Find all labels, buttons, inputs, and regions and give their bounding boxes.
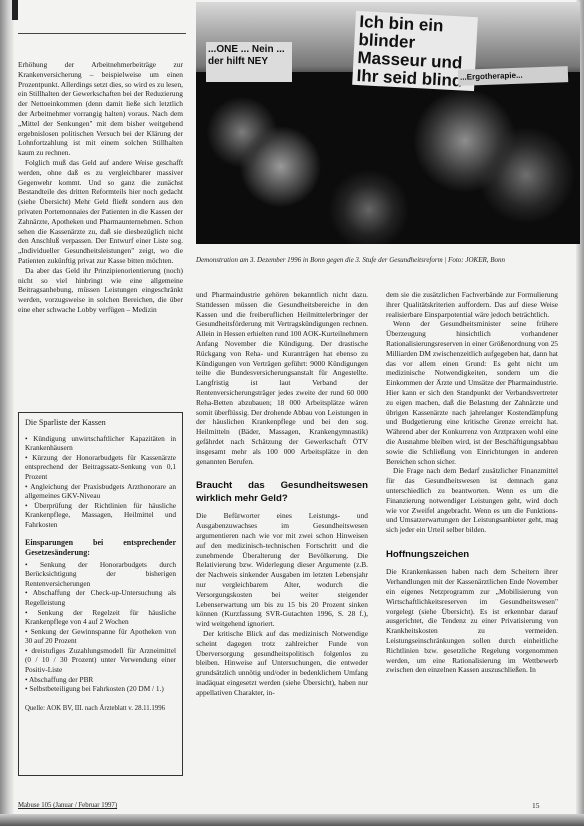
- box-title: Die Sparliste der Kassen: [25, 418, 176, 428]
- list-item-text: Abschaffung der Check-up-Untersuchung al…: [25, 588, 176, 607]
- book-spine-shadow: [0, 0, 14, 826]
- list-item-text: Angleichung der Praxisbudgets Arzthonora…: [25, 482, 176, 501]
- list-item: • Senkung der Gewinnspanne für Apotheken…: [25, 627, 176, 646]
- list-item-text: Senkung der Regelzeit für häusliche Kran…: [25, 608, 176, 627]
- demonstration-photo: ...ONE ... Nein ... der hilft NEY Ich bi…: [196, 2, 580, 244]
- article-column-middle: und Pharmaindustrie gehören bekanntlich …: [196, 290, 368, 697]
- photo-caption: Demonstration am 3. Dezember 1996 in Bon…: [196, 256, 580, 265]
- paragraph: Die Befürworter eines Leistungs- und Aus…: [196, 511, 368, 629]
- list-item: • Überprüfung der Richtlinien für häusli…: [25, 501, 176, 530]
- list-item: • Angleichung der Praxisbudgets Arzthono…: [25, 482, 176, 501]
- sparliste-box: Die Sparliste der Kassen • Kündigung unw…: [18, 412, 183, 776]
- list-item: • Kürzung der Honorarbudgets für Kassenä…: [25, 453, 176, 482]
- paragraph: Die Frage nach dem Bedarf zusätzlicher F…: [386, 466, 558, 535]
- article-column-left: Erhöhung der Arbeitnehmerbeiträge zur Kr…: [18, 60, 183, 315]
- paragraph: Wenn der Gesundheitsminister seine frühe…: [386, 319, 558, 466]
- section-heading: Hoffnungszeichen: [386, 549, 558, 562]
- list-item-text: Abschaffung der PBR: [29, 675, 93, 684]
- list-item-text: Überprüfung der Richtlinien für häuslich…: [25, 501, 176, 529]
- article-column-right: dem sie die zusätzlichen Fachverbände zu…: [386, 290, 558, 675]
- protest-sign-left: ...ONE ... Nein ... der hilft NEY: [206, 42, 292, 82]
- list-item: • Selbstbeteiligung bei Fahrkosten (20 D…: [25, 684, 176, 694]
- top-rule: [18, 33, 186, 34]
- paragraph: Erhöhung der Arbeitnehmerbeiträge zur Kr…: [18, 60, 183, 158]
- paragraph: Folglich muß das Geld auf andere Weise g…: [18, 158, 183, 266]
- list-item: • Kündigung unwirtschaftlicher Kapazität…: [25, 434, 176, 453]
- paragraph: Da aber das Geld ihr Prinzipienorientier…: [18, 266, 183, 315]
- list-item: • Abschaffung der Check-up-Untersuchung …: [25, 588, 176, 607]
- list-item: • Abschaffung der PBR: [25, 675, 176, 685]
- publication-footer: Mabuse 105 (Januar / Februar 1997): [18, 802, 117, 809]
- paragraph: Die Krankenkassen haben nach dem Scheite…: [386, 567, 558, 675]
- list-item: • dreistufiges Zuzahlungsmodell für Arzn…: [25, 646, 176, 675]
- list-item-text: Selbstbeteiligung bei Fahrkosten (20 DM …: [29, 684, 163, 693]
- list-item-text: Kürzung der Honorarbudgets für Kassenärz…: [25, 453, 176, 481]
- paragraph: und Pharmaindustrie gehören bekanntlich …: [196, 290, 368, 466]
- list-item: • Senkung der Regelzeit für häusliche Kr…: [25, 608, 176, 627]
- box-source: Quelle: AOK BV, III. nach Ärzteblatt v. …: [25, 704, 176, 713]
- page-bottom-shadow: [0, 814, 584, 826]
- list-item-text: Kündigung unwirtschaftlicher Kapazitäten…: [25, 434, 176, 453]
- page-number: 15: [532, 801, 540, 810]
- binding-mark: [12, 0, 18, 20]
- paragraph: Der kritische Blick auf das medizinisch …: [196, 629, 368, 698]
- list-item-text: Senkung der Gewinnspanne für Apotheken v…: [25, 627, 176, 646]
- list-item-text: Senkung der Honorarbudgets durch Berücks…: [25, 560, 176, 588]
- box-subheading: Einsparungen bei entsprechender Gesetzes…: [25, 538, 176, 558]
- paragraph: dem sie die zusätzlichen Fachverbände zu…: [386, 290, 558, 319]
- list-item-text: dreistufiges Zuzahlungsmodell für Arznei…: [25, 646, 176, 674]
- photo-crowd: [196, 72, 580, 244]
- list-item: • Senkung der Honorarbudgets durch Berüc…: [25, 560, 176, 589]
- section-heading: Braucht das Gesundheitswesen wirklich me…: [196, 480, 368, 505]
